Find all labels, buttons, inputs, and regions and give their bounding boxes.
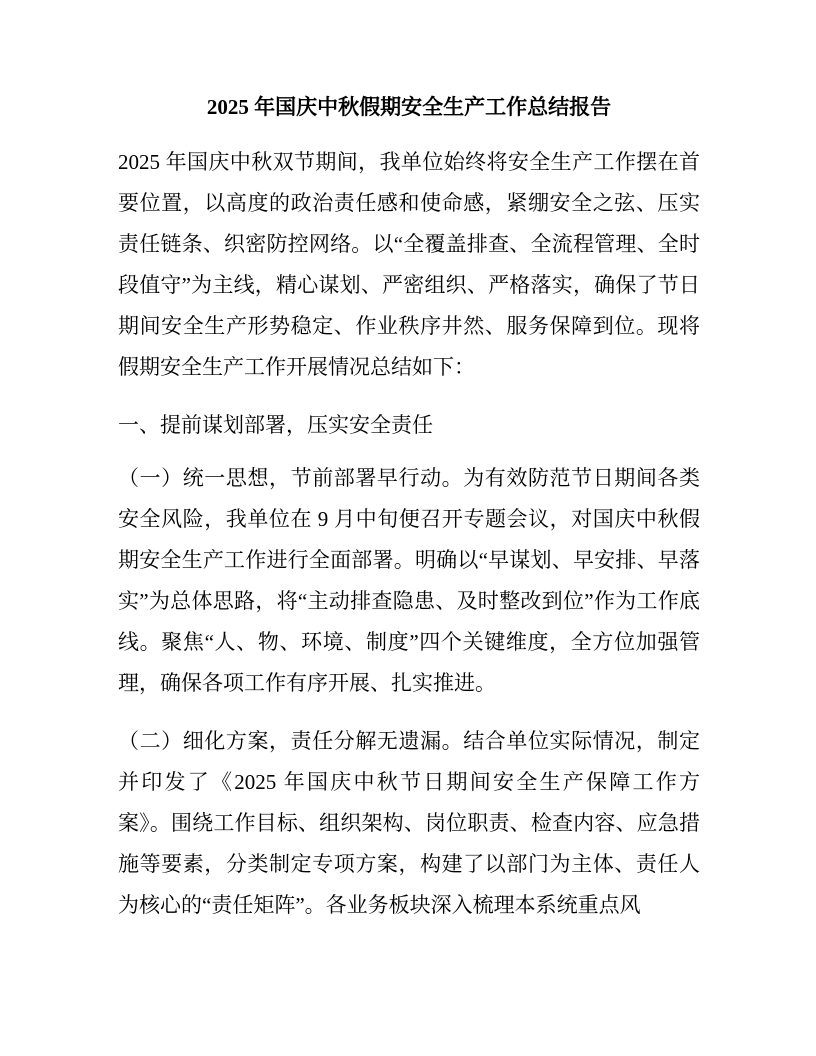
document-title: 2025 年国庆中秋假期安全生产工作总结报告 <box>118 87 700 128</box>
section-heading-1: 一、提前谋划部署，压实安全责任 <box>118 405 700 446</box>
document-page: 2025 年国庆中秋假期安全生产工作总结报告 2025 年国庆中秋双节期间，我单… <box>0 0 816 1056</box>
paragraph-section1-item2: （二）细化方案，责任分解无遗漏。结合单位实际情况，制定并印发了《2025 年国庆… <box>118 721 700 926</box>
paragraph-section1-item1: （一）统一思想，节前部署早行动。为有效防范节日期间各类安全风险，我单位在 9 月… <box>118 458 700 704</box>
paragraph-intro: 2025 年国庆中秋双节期间，我单位始终将安全生产工作摆在首要位置，以高度的政治… <box>118 142 700 388</box>
